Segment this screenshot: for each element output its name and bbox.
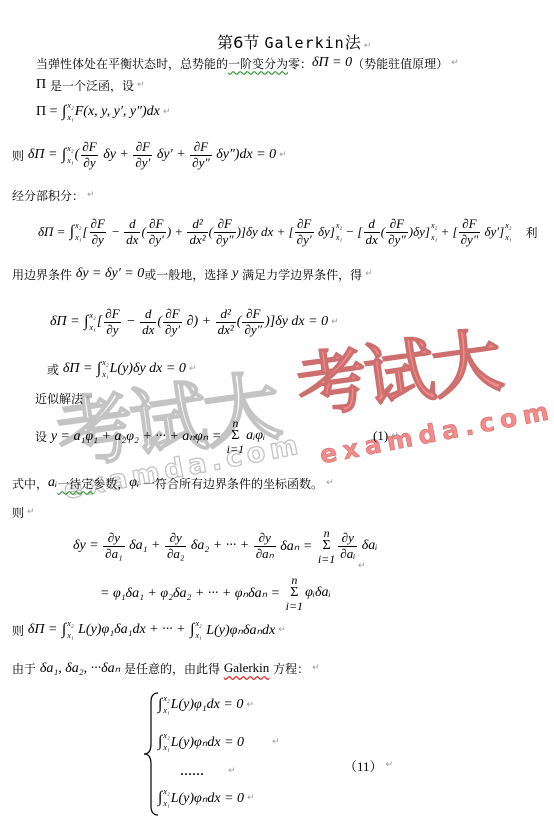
lower-limit: x₁ (505, 234, 511, 242)
integral-sign: ∫ (97, 361, 101, 377)
lower-limit: x₁ (67, 157, 73, 165)
paragraph-mark: ↵ (189, 364, 197, 374)
denominator: ∂y″ (242, 322, 264, 337)
equation-functional: Π = ∫x₂x₁ F(x, y, y′, y″)dx↵ (36, 100, 170, 124)
evaluation-limits: x₂x₁ (505, 222, 511, 242)
integral-limits: x₂x₁ (75, 222, 81, 242)
ellipsis: …… (180, 764, 204, 779)
boundary-math: δy = δy′ = 0 (76, 266, 144, 282)
numerator: ∂y (340, 531, 356, 546)
prefix-text: 或 (47, 361, 63, 378)
denominator: ∂aₙ (254, 546, 276, 561)
equation-trial-function: 设 y = a₁φ₁ + a₂φ₂ + ··· + aₙφₙ = nΣi=1 a… (35, 418, 265, 454)
numerator: ∂F (216, 217, 234, 232)
paragraph-mark: ↵ (326, 478, 334, 488)
prefix-text: 设 (35, 428, 51, 445)
integral: ∫x₂x₁ (158, 788, 170, 808)
numerator: ∂F (103, 307, 121, 322)
boundary-condition-paragraph: 用边界条件 δy = δy′ = 0或一般地，选择 y 满足力学边界条件，得↵ (12, 267, 373, 281)
numerator: ∂F (80, 140, 98, 155)
paragraph-mark: ↵ (228, 766, 236, 776)
numerator: ∂F (192, 140, 210, 155)
paragraph-mark: ↵ (364, 41, 372, 51)
denominator: ∂y′ (163, 322, 182, 337)
equation-number: (1)↵ (373, 428, 399, 444)
equation-number-label: （11） (344, 756, 383, 775)
paragraph-mark: ↵ (246, 700, 254, 710)
paragraph-mark: ↵ (278, 625, 286, 635)
numerator: ∂y (106, 531, 122, 546)
fraction: ∂F∂y″ (242, 307, 264, 338)
by-parts-text: 经分部积分： (12, 187, 84, 204)
fraction: ∂F∂y′ (133, 140, 152, 171)
math-token: δy′] (481, 224, 504, 240)
equation-lhs: δΠ = (50, 314, 83, 330)
lower-limit: x₁ (67, 114, 73, 122)
numerator: d² (190, 217, 204, 232)
row-equation: L(y)φ₁dx = 0 (171, 697, 244, 713)
numerator: d (143, 307, 154, 322)
numerator: ∂y (168, 531, 184, 546)
lower-limit: x₁ (163, 800, 169, 808)
fraction: ∂F∂y″ (214, 217, 236, 248)
paragraph-mark: ↵ (312, 663, 320, 673)
fraction: ∂y∂a₁ (103, 531, 124, 562)
definition-text: 参数， (93, 475, 129, 492)
numerator: ∂F (460, 217, 478, 232)
system-row: ∫x₂x₁ L(y)φ₁dx = 0↵ (157, 694, 254, 716)
system-row-ellipsis: ……↵ (180, 760, 236, 782)
title-suffix: 法 (345, 33, 361, 52)
denominator: ∂a₁ (103, 546, 124, 561)
numerator: ∂F (244, 307, 262, 322)
paragraph-mark: ↵ (386, 760, 394, 770)
numerator: d (366, 217, 377, 232)
integral: ∫x₂x₁ (158, 695, 170, 715)
integral-limits: x₂x₁ (67, 102, 73, 122)
equation-operator-form: 或 δΠ = ∫x₂x₁ L(y)δy dx = 0↵ (47, 358, 196, 380)
trial-expansion: y = a₁φ₁ + a₂φ₂ + ··· + aₙφₙ = (51, 428, 225, 445)
integral-limits: x₂x₁ (163, 788, 169, 808)
intro-text: 零： (288, 55, 312, 72)
sum-term: φᵢδaᵢ (305, 585, 331, 601)
math-token: ( (75, 147, 80, 163)
math-token: δaᵢ (358, 538, 377, 554)
intro-math: δΠ = 0 (312, 55, 352, 71)
summation: nΣi=1 (286, 574, 303, 612)
row-equation: L(y)φₙdx = 0 (171, 734, 244, 751)
math-token: ( (237, 314, 242, 330)
equation-lhs: δΠ = (28, 147, 61, 163)
math-token: [ (82, 224, 87, 240)
boundary-text: 用边界条件 (12, 266, 76, 283)
variation-list: δa₁, δa₂, ···δaₙ (40, 660, 120, 677)
integral-limits: x₂x₁ (163, 732, 169, 752)
trailing-text: 利 (526, 224, 538, 241)
equation-lhs: δΠ = (28, 622, 61, 638)
upper-limit: x₂ (89, 312, 95, 320)
paragraph-mark: ↵ (272, 737, 280, 747)
boundary-text: 满足力学边界条件，得 (238, 266, 362, 283)
math-token: δy + (100, 147, 133, 163)
title-latin: Galerkin (264, 34, 344, 52)
math-token: δy″)dx = 0 (213, 147, 276, 163)
equation-lhs: δy = (73, 538, 102, 554)
integral: ∫x₂x₁ (84, 312, 96, 332)
title-prefix: 第6节 (217, 33, 264, 52)
intro-paragraph: 当弹性体处在平衡状态时，总势能的一阶变分为零：δΠ = 0（势能驻值原理）↵ (36, 56, 459, 70)
equation-variation-expanded: 则 δΠ = ∫x₂x₁ L(y)φ₁δa₁dx + ··· + ∫x₂x₁ L… (12, 618, 286, 642)
integral-sign: ∫ (62, 104, 66, 120)
denominator: dx² (187, 232, 207, 247)
intro-text: （势能驻值原理） (352, 55, 448, 72)
math-token: δaₙ = (277, 538, 316, 555)
integral-sign: ∫ (62, 147, 66, 163)
numerator: d² (219, 307, 233, 322)
denominator: ∂aᵢ (338, 546, 357, 561)
numerator: d (127, 217, 138, 232)
heading-text: 近似解法 (35, 390, 83, 407)
definition-paragraph: 式中，aᵢ一待定参数，φᵢ 一符合所有边界条件的坐标函数。↵ (12, 476, 334, 490)
math-token: ( (381, 224, 385, 240)
integral-limits: x₂x₁ (102, 359, 108, 379)
integrand: L(y)φ₁δa₁dx + ··· + (75, 622, 189, 638)
equation-delta-y-basis: = φ₁δa₁ + φ₂δa₂ + ··· + φₙδaₙ = nΣi=1 φᵢ… (100, 574, 331, 612)
paragraph-mark: ↵ (451, 58, 459, 68)
integral: ∫x₂x₁ (62, 620, 74, 640)
spell-flagged-word: Galerkin (224, 660, 269, 676)
integrand: L(y)δy dx = 0 (110, 361, 186, 377)
lower-limit: x₁ (89, 324, 95, 332)
equation-delta-y: δy = ∂y∂a₁ δa₁ + ∂y∂a₂ δa₂ + ··· + ∂y∂aₙ… (73, 526, 378, 566)
denominator: dx (140, 322, 156, 337)
paragraph-mark: ↵ (86, 393, 94, 403)
denominator: dx (364, 232, 380, 247)
sum-term: aᵢφᵢ (246, 428, 265, 444)
paragraph-mark: ↵ (87, 190, 95, 200)
approximate-method-heading: 近似解法↵ (35, 391, 94, 405)
fraction: ∂F∂y′ (163, 307, 182, 338)
grammar-flagged-text: 一阶变分为 (228, 55, 288, 72)
coefficient-symbol: aᵢ (48, 475, 57, 491)
math-token: ( (209, 224, 213, 240)
paragraph-mark: ↵ (247, 793, 255, 803)
upper-limit: x₂ (163, 732, 169, 740)
lower-limit: x₁ (163, 707, 169, 715)
fraction: ∂F∂y (103, 307, 121, 338)
math-token: )]δy dx + [ (237, 224, 294, 240)
fraction: ∂F∂y (80, 140, 98, 171)
math-token: δa₁ + (126, 538, 164, 554)
numerator: ∂y (257, 531, 273, 546)
equation-first-variation: 则 δΠ = ∫x₂x₁ ( ∂F∂y δy + ∂F∂y′ δy′ + ∂F∂… (12, 138, 287, 172)
paragraph-mark: ↵ (331, 317, 339, 327)
sum-sign: Σ (231, 429, 239, 443)
integral-limits: x₂x₁ (89, 312, 95, 332)
numerator: ∂F (388, 217, 406, 232)
paragraph-mark-line: ↵ (355, 560, 366, 572)
then-label: 则↵ (12, 505, 35, 519)
fraction: ∂y∂aᵢ (338, 531, 357, 562)
integral-sign: ∫ (84, 314, 88, 330)
integral-sign: ∫ (158, 697, 162, 713)
functional-paragraph: Π 是一个泛函，设↵ (36, 78, 145, 92)
equation-reduced-variation: δΠ = ∫x₂x₁ [ ∂F∂y − ddx ( ∂F∂y′ ∂) + d²d… (50, 304, 339, 340)
integral-sign: ∫ (158, 734, 162, 750)
math-token: )]δy dx = 0 (265, 314, 328, 330)
upper-limit: x₂ (67, 620, 73, 628)
math-token: )δy] (409, 224, 430, 240)
fraction: ∂F∂y′ (295, 217, 314, 248)
upper-limit: x₂ (505, 222, 511, 230)
fraction: ∂F∂y (89, 217, 107, 248)
integral-limits: x₂x₁ (67, 620, 73, 640)
integrand: F(x, y, y′, y″)dx (75, 104, 160, 120)
upper-limit: x₂ (67, 102, 73, 110)
paragraph-mark: ↵ (163, 107, 171, 117)
denominator: dx² (216, 322, 236, 337)
denominator: dx (124, 232, 140, 247)
integral: ∫x₂x₁ (190, 620, 202, 640)
numerator: ∂F (134, 140, 152, 155)
basis-expansion: = φ₁δa₁ + φ₂δa₂ + ··· + φₙδaₙ = (100, 585, 284, 602)
math-token: ( (157, 314, 162, 330)
math-token: ( (141, 224, 145, 240)
lower-limit: x₁ (163, 744, 169, 752)
math-token: [ (97, 314, 102, 330)
lower-limit: x₁ (102, 371, 108, 379)
paragraph-mark: ↵ (358, 561, 366, 571)
denominator: ∂y″ (214, 232, 236, 247)
galerkin-equation-system: ∫x₂x₁ L(y)φ₁dx = 0↵ ∫x₂x₁ L(y)φₙdx = 0↵ … (143, 692, 403, 816)
upper-limit: x₂ (163, 695, 169, 703)
integral-limits: x₂x₁ (67, 145, 73, 165)
functional-text: 是一个泛函，设 (46, 77, 134, 94)
fraction: ddx (140, 307, 156, 338)
numerator: ∂F (89, 217, 107, 232)
paragraph-mark: ↵ (391, 431, 399, 441)
denominator: ∂y (90, 232, 106, 247)
integral-sign: ∫ (190, 622, 194, 638)
row-equation: L(y)φₙdx = 0 (171, 790, 244, 807)
fraction: ∂y∂a₂ (165, 531, 186, 562)
sum-sign: Σ (290, 586, 298, 600)
math-token: ∂) + (183, 314, 215, 330)
sum-lower: i=1 (318, 553, 335, 565)
fraction: ddx (124, 217, 140, 248)
math-token: δa₂ + ··· + (187, 538, 252, 554)
math-token: δy′ + (153, 147, 189, 163)
paragraph-text: 由于 (12, 660, 40, 677)
numerator: ∂F (295, 217, 313, 232)
fraction: ∂y∂aₙ (254, 531, 276, 562)
equation-lhs: Π = (36, 104, 61, 120)
equation-number-label: (1) (373, 428, 388, 444)
fraction: ∂F∂y″ (386, 217, 408, 248)
integral: ∫x₂x₁ (62, 102, 74, 122)
prefix-text: 则 (12, 622, 28, 639)
math-token: − (108, 224, 123, 240)
math-token: − (123, 314, 139, 330)
section-title: 第6节 Galerkin法↵ (207, 11, 371, 53)
upper-limit: x₂ (75, 222, 81, 230)
system-row: ∫x₂x₁ L(y)φₙdx = 0↵ (157, 731, 280, 753)
sum-sign: Σ (322, 539, 330, 553)
basis-function-symbol: φᵢ (129, 475, 139, 491)
upper-limit: x₂ (67, 145, 73, 153)
upper-limit: x₂ (102, 359, 108, 367)
system-row: ∫x₂x₁ L(y)φₙdx = 0↵ (157, 787, 255, 809)
fraction: ∂F∂y″ (459, 217, 481, 248)
lower-limit: x₁ (67, 632, 73, 640)
fraction: ddx (364, 217, 380, 248)
fraction: d²dx² (187, 217, 207, 248)
equation-integration-by-parts: δΠ = ∫x₂x₁ [ ∂F∂y − ddx ( ∂F∂y′ ) + d²dx… (38, 214, 538, 250)
equation-lhs: δΠ = (63, 361, 96, 377)
summation: nΣi=1 (318, 527, 335, 565)
math-token: + [ (437, 224, 457, 240)
denominator: ∂y′ (147, 232, 166, 247)
paragraph-mark: ↵ (27, 507, 35, 517)
intro-text: 当弹性体处在平衡状态时，总势能的 (36, 55, 228, 72)
boundary-text: 或一般地，选择 (144, 266, 232, 283)
denominator: ∂y″ (386, 232, 408, 247)
integral-limits: x₂x₁ (195, 620, 201, 640)
grammar-flagged-text: 一待定 (57, 475, 93, 492)
denominator: ∂y (104, 322, 120, 337)
paragraph-mark: ↵ (137, 80, 145, 90)
fraction: ∂F∂y″ (190, 140, 212, 171)
numerator: ∂F (147, 217, 165, 232)
denominator: ∂y″ (190, 155, 212, 170)
paragraph-text: 方程： (269, 660, 309, 677)
lower-limit: x₁ (75, 234, 81, 242)
then-text: 则 (12, 504, 24, 521)
integral: ∫x₂x₁ (97, 359, 109, 379)
upper-limit: x₂ (163, 788, 169, 796)
summation: nΣi=1 (227, 417, 244, 455)
paragraph-mark: ↵ (279, 150, 287, 160)
math-token: ) + (167, 224, 187, 240)
integral: ∫x₂x₁ (70, 222, 82, 242)
definition-text: 式中， (12, 475, 48, 492)
equation-lhs: δΠ = (38, 224, 69, 240)
integral-sign: ∫ (62, 622, 66, 638)
denominator: ∂y′ (295, 232, 314, 247)
integral-sign: ∫ (158, 790, 162, 806)
fraction: d²dx² (216, 307, 236, 338)
math-token: δy] (315, 224, 335, 240)
denominator: ∂a₂ (165, 546, 186, 561)
integral: ∫x₂x₁ (158, 732, 170, 752)
paragraph-mark: ↵ (365, 269, 373, 279)
sum-lower: i=1 (227, 443, 244, 455)
denominator: ∂y (81, 155, 97, 170)
pi-symbol: Π (36, 77, 46, 93)
lower-limit: x₁ (195, 632, 201, 640)
definition-text: 一符合所有边界条件的坐标函数。 (139, 475, 323, 492)
sum-lower: i=1 (286, 600, 303, 612)
denominator: ∂y′ (133, 155, 152, 170)
paragraph-text: 是任意的，由此得 (120, 660, 224, 677)
fraction: ∂F∂y′ (147, 217, 166, 248)
prefix-text: 则 (12, 147, 28, 164)
integral-sign: ∫ (70, 224, 74, 240)
integral-limits: x₂x₁ (163, 695, 169, 715)
integral: ∫x₂x₁ (62, 145, 74, 165)
numerator: ∂F (163, 307, 181, 322)
system-equation-number: （11）↵ (344, 757, 393, 773)
integrand: L(y)φₙδaₙdx (203, 622, 275, 639)
by-parts-label: 经分部积分：↵ (12, 188, 95, 202)
denominator: ∂y″ (459, 232, 481, 247)
upper-limit: x₂ (195, 620, 201, 628)
math-token: − [ (342, 224, 362, 240)
arbitrary-variation-paragraph: 由于 δa₁, δa₂, ···δaₙ 是任意的，由此得 Galerkin 方程… (12, 660, 320, 676)
